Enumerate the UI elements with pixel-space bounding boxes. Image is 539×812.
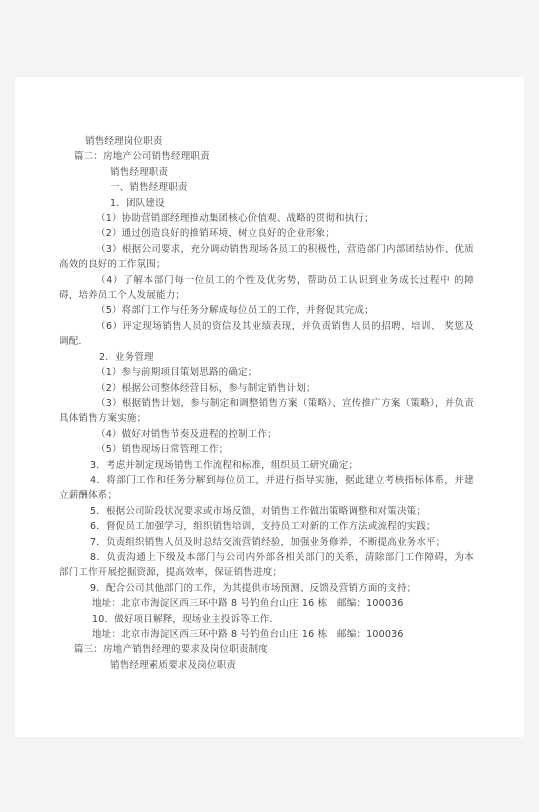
paragraph: （5）将部门工作与任务分解成每位员工的工作，并督促其完成； [59, 303, 474, 318]
paragraph: 4．将部门工作和任务分解到每位员工，并进行指导实施，据此建立考核指标体系，并建立… [59, 473, 474, 504]
paragraph: 5．根据公司阶段状况要求或市场反馈，对销售工作做出策略调整和对策决策； [59, 504, 474, 519]
paragraph: 6．督促员工加强学习，组织销售培训，支持员工对新的工作方法或流程的实践； [59, 519, 474, 534]
paragraph: （5）销售现场日常管理工作； [59, 442, 474, 457]
paragraph: 一、销售经理职责 [59, 180, 474, 195]
paragraph: 8．负责沟通上下级及本部门与公司内外部各相关部门的关系，清除部门工作障碍，为本部… [59, 550, 474, 581]
document-body: 销售经理岗位职责篇二：房地产公司销售经理职责销售经理职责一、销售经理职责1．团队… [15, 77, 524, 673]
paragraph: 销售经理素质要求及岗位职责 [59, 658, 474, 673]
paragraph: （4）了解本部门每一位员工的个性及优劣势，帮助员工认识到业务成长过程中 的障碍，… [59, 273, 474, 304]
paragraph: （1）参与前期项目策划思路的确定； [59, 365, 474, 380]
paragraph: （3）根据公司要求，充分调动销售现场各员工的积极性，营造部门内部团结协作、优质高… [59, 242, 474, 273]
paragraph: （3）根据销售计划，参与制定和调整销售方案（策略）、宣传推广方案（策略），并负责… [59, 396, 474, 427]
document-page: 销售经理岗位职责篇二：房地产公司销售经理职责销售经理职责一、销售经理职责1．团队… [15, 77, 524, 737]
paragraph: 1．团队建设 [59, 196, 474, 211]
paragraph: 10．做好项目解释，现场业主投诉等工作. [59, 612, 474, 627]
paragraph: （2）根据公司整体经营目标，参与制定销售计划； [59, 381, 474, 396]
paragraph: （4）做好对销售节奏及进程的控制工作； [59, 427, 474, 442]
paragraph: 3．考虑并制定现场销售工作流程和标准，组织员工研究确定； [59, 458, 474, 473]
paragraph: （6）评定现场销售人员的资信及其业绩表现，并负责销售人员的招聘、培训、 奖惩及调… [59, 319, 474, 350]
paragraph: 地址：北京市海淀区西三环中路 8 号钓鱼台山庄 16 栋 邮编：100036 [59, 627, 474, 642]
paragraph: 篇三：房地产销售经理的要求及岗位职责制度 [59, 642, 474, 657]
paragraph: 地址：北京市海淀区西三环中路 8 号钓鱼台山庄 16 栋 邮编：100036 [59, 596, 474, 611]
paragraph: （1）协助营销部经理推动集团核心价值观、战略的贯彻和执行； [59, 211, 474, 226]
paragraph: 篇二：房地产公司销售经理职责 [59, 149, 474, 164]
paragraph: 销售经理岗位职责 [59, 134, 474, 149]
paragraph: （2）通过创造良好的推销环境，树立良好的企业形象； [59, 226, 474, 241]
paragraph: 2．业务管理 [59, 350, 474, 365]
paragraph: 7．负责组织销售人员及时总结交流营销经验，加强业务修养，不断提高业务水平； [59, 535, 474, 550]
viewer-background: 销售经理岗位职责篇二：房地产公司销售经理职责销售经理职责一、销售经理职责1．团队… [0, 0, 539, 812]
paragraph: 销售经理职责 [59, 165, 474, 180]
paragraph: 9．配合公司其他部门的工作，为其提供市场预测、反馈及营销方面的支持； [59, 581, 474, 596]
